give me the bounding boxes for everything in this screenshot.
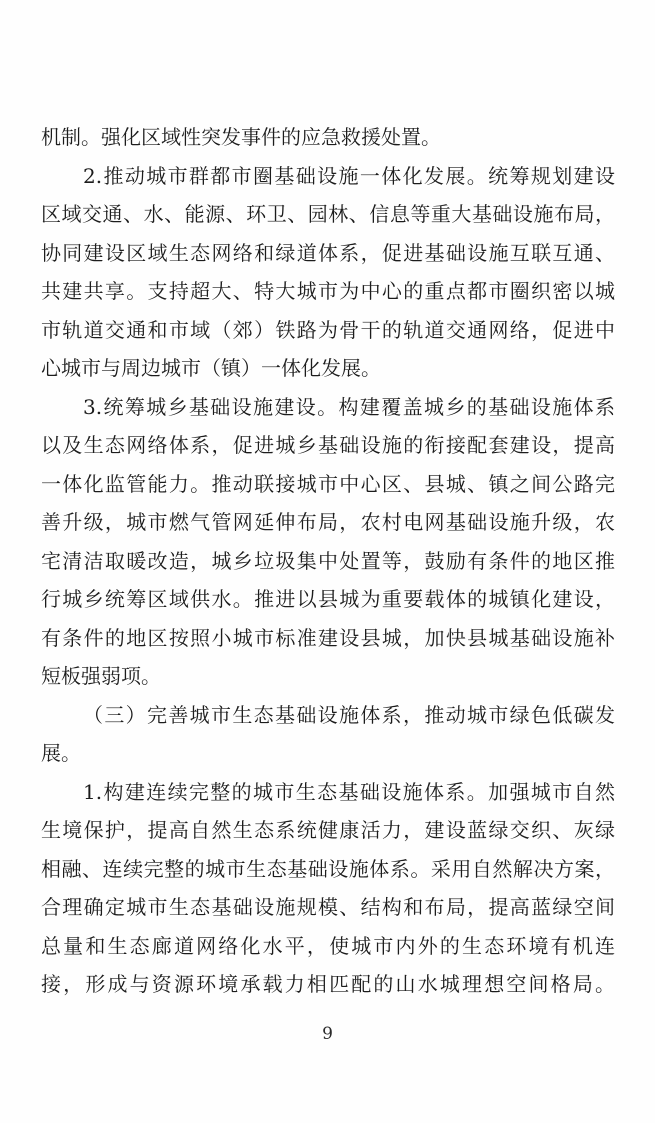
text-line: 相融、连续完整的城市生态基础设施体系。采用自然解决方案， <box>41 850 615 889</box>
text-line: 合理确定城市生态基础设施规模、结构和布局，提高蓝绿空间 <box>41 888 615 927</box>
text-line: 接，形成与资源环境承载力相匹配的山水城理想空间格局。 <box>41 965 615 1004</box>
text-line: 以及生态网络体系，促进城乡基础设施的衔接配套建设，提高 <box>41 426 615 465</box>
text-line: 协同建设区域生态网络和绿道体系，促进基础设施互联互通、 <box>41 234 615 273</box>
text-line: 心城市与周边城市（镇）一体化发展。 <box>41 349 615 388</box>
text-line: （三）完善城市生态基础设施体系，推动城市绿色低碳发 <box>41 696 615 735</box>
text-line: 展。 <box>41 734 615 773</box>
page-number: 9 <box>0 1022 655 1046</box>
text-line: 机制。强化区域性突发事件的应急救援处置。 <box>41 118 615 157</box>
text-line: 1.构建连续完整的城市生态基础设施体系。加强城市自然 <box>41 773 615 812</box>
text-line: 3.统筹城乡基础设施建设。构建覆盖城乡的基础设施体系 <box>41 388 615 427</box>
text-line: 共建共享。支持超大、特大城市为中心的重点都市圈织密以城 <box>41 272 615 311</box>
text-line: 善升级，城市燃气管网延伸布局，农村电网基础设施升级，农 <box>41 503 615 542</box>
text-line: 有条件的地区按照小城市标准建设县城，加快县城基础设施补 <box>41 619 615 658</box>
text-line: 2.推动城市群都市圈基础设施一体化发展。统筹规划建设 <box>41 157 615 196</box>
document-text: 机制。强化区域性突发事件的应急救援处置。2.推动城市群都市圈基础设施一体化发展。… <box>41 118 615 1004</box>
text-line: 行城乡统筹区域供水。推进以县城为重要载体的城镇化建设， <box>41 580 615 619</box>
text-line: 短板强弱项。 <box>41 657 615 696</box>
text-line: 宅清洁取暖改造，城乡垃圾集中处置等，鼓励有条件的地区推 <box>41 542 615 581</box>
text-line: 一体化监管能力。推动联接城市中心区、县城、镇之间公路完 <box>41 465 615 504</box>
text-line: 总量和生态廊道网络化水平，使城市内外的生态环境有机连 <box>41 927 615 966</box>
document-page: 机制。强化区域性突发事件的应急救援处置。2.推动城市群都市圈基础设施一体化发展。… <box>0 0 655 1123</box>
text-line: 生境保护，提高自然生态系统健康活力，建设蓝绿交织、灰绿 <box>41 811 615 850</box>
text-line: 市轨道交通和市域（郊）铁路为骨干的轨道交通网络，促进中 <box>41 311 615 350</box>
text-line: 区域交通、水、能源、环卫、园林、信息等重大基础设施布局， <box>41 195 615 234</box>
